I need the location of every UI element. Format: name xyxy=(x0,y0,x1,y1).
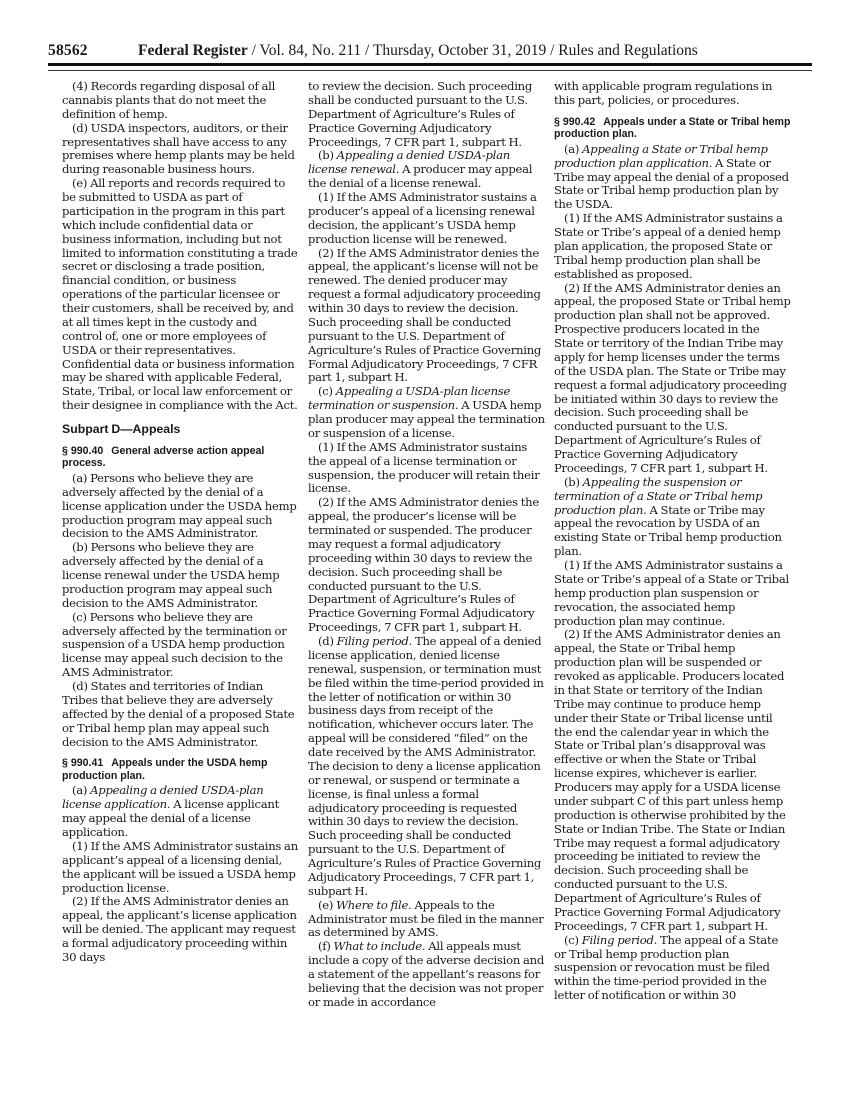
paragraph-heading: Where to file. xyxy=(336,898,411,912)
paragraph-label: (e) xyxy=(318,898,336,912)
page-number: 58562 xyxy=(48,42,88,60)
section-number: § 990.41 xyxy=(62,757,103,769)
paragraph: (a) Appealing a denied USDA-plan license… xyxy=(62,784,298,840)
paragraph: (a) Appealing a State or Tribal hemp pro… xyxy=(554,143,792,212)
paragraph: (c) Appealing a USDA-plan license termin… xyxy=(308,385,546,441)
column-3: with applicable program regulations in t… xyxy=(554,80,792,1003)
paragraph: (d) USDA inspectors, auditors, or their … xyxy=(62,122,298,178)
paragraph-label: (b) xyxy=(318,148,337,162)
paragraph-label: (f) xyxy=(318,939,334,953)
paragraph: to review the decision. Such proceeding … xyxy=(308,80,546,149)
section-number: § 990.42 xyxy=(554,116,595,128)
paragraph: (2) If the AMS Administrator denies an a… xyxy=(62,895,298,964)
paragraph: (2) If the AMS Administrator denies an a… xyxy=(554,628,792,933)
subpart-heading: Subpart D—Appeals xyxy=(62,423,298,437)
paragraph: (e) All reports and records required to … xyxy=(62,177,298,413)
paragraph: (1) If the AMS Administrator sustains a … xyxy=(554,212,792,281)
paragraph: (1) If the AMS Administrator sustains a … xyxy=(554,559,792,628)
paragraph-label: (c) xyxy=(318,384,336,398)
issue-citation: / Vol. 84, No. 211 / Thursday, October 3… xyxy=(248,42,698,59)
paragraph: (1) If the AMS Administrator sustains an… xyxy=(62,840,298,896)
paragraph: (b) Appealing a denied USDA-plan license… xyxy=(308,149,546,191)
paragraph: (f) What to include. All appeals must in… xyxy=(308,940,546,1009)
paragraph: (c) Persons who believe they are adverse… xyxy=(62,611,298,680)
paragraph-label: (a) xyxy=(72,783,90,797)
paragraph-heading: Filing period. xyxy=(337,634,412,648)
page-header: 58562 Federal Register / Vol. 84, No. 21… xyxy=(48,42,812,64)
column-2: to review the decision. Such proceeding … xyxy=(308,80,546,1010)
paragraph: (d) States and territories of Indian Tri… xyxy=(62,680,298,749)
paragraph-text: The appeal of a denied license applicati… xyxy=(308,634,544,898)
header-rule-thin xyxy=(48,70,812,71)
publication-citation: Federal Register / Vol. 84, No. 211 / Th… xyxy=(138,42,698,60)
paragraph-label: (a) xyxy=(564,142,582,156)
section-heading-990-41: § 990.41Appeals under the USDA hemp prod… xyxy=(62,757,298,782)
paragraph: (c) Filing period. The appeal of a State… xyxy=(554,934,792,1003)
section-heading-990-40: § 990.40General adverse action appeal pr… xyxy=(62,445,298,470)
publication-name: Federal Register xyxy=(138,42,248,59)
paragraph: (b) Appealing the suspension or terminat… xyxy=(554,476,792,559)
section-number: § 990.40 xyxy=(62,445,103,457)
paragraph-label: (c) xyxy=(564,933,582,947)
paragraph-heading: Filing period. xyxy=(582,933,657,947)
paragraph: (2) If the AMS Administrator denies the … xyxy=(308,247,546,386)
paragraph-label: (b) xyxy=(564,475,583,489)
paragraph-label: (d) xyxy=(318,634,337,648)
section-heading-990-42: § 990.42Appeals under a State or Tribal … xyxy=(554,116,792,141)
column-1: (4) Records regarding disposal of all ca… xyxy=(62,80,298,965)
header-rule-thick xyxy=(48,63,812,66)
paragraph: (1) If the AMS Administrator sustains th… xyxy=(308,441,546,497)
paragraph: (e) Where to file. Appeals to the Admini… xyxy=(308,899,546,941)
paragraph: (b) Persons who believe they are adverse… xyxy=(62,541,298,610)
paragraph-heading: What to include. xyxy=(334,939,426,953)
paragraph: (d) Filing period. The appeal of a denie… xyxy=(308,635,546,899)
paragraph: (2) If the AMS Administrator denies the … xyxy=(308,496,546,635)
paragraph: (2) If the AMS Administrator denies an a… xyxy=(554,282,792,476)
paragraph: (4) Records regarding disposal of all ca… xyxy=(62,80,298,122)
paragraph: (1) If the AMS Administrator sustains a … xyxy=(308,191,546,247)
paragraph: (a) Persons who believe they are adverse… xyxy=(62,472,298,541)
paragraph: with applicable program regulations in t… xyxy=(554,80,792,108)
